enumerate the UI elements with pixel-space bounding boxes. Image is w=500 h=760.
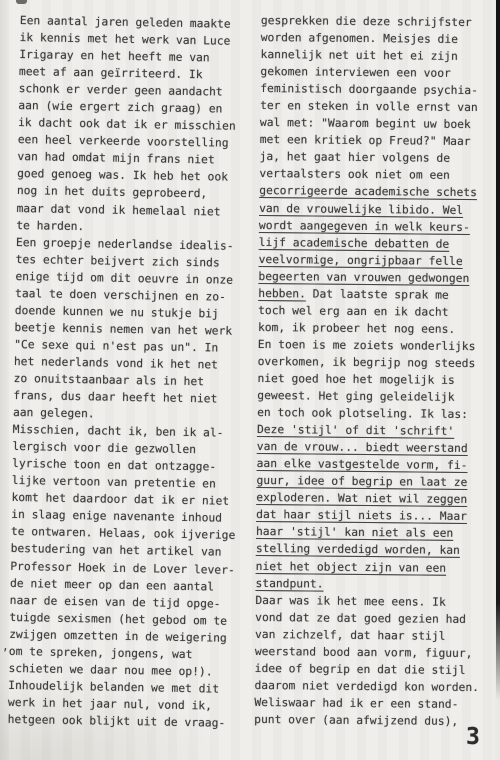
text-line: van zichzelf, dat haar stijl <box>255 626 483 645</box>
text-line: toch wel erg aan en ik dacht <box>258 302 486 321</box>
text-line: punt over (aan afwijzend dus), <box>254 711 482 730</box>
right-text-column: gesprekken die deze schrijfsterworden af… <box>254 12 489 730</box>
text-segment: tes echter beijvert zich sinds <box>16 253 220 270</box>
text-segment: maar dat vond ik hemelaal niet <box>16 201 220 218</box>
text-line: gekomen interviewen een voor <box>260 63 488 82</box>
text-segment: van had omdat mijn frans niet <box>17 150 214 166</box>
text-line: hetgeen ook blijkt uit de vraag- <box>8 711 236 732</box>
text-line: standpunt. <box>255 575 483 594</box>
text-line: niet het object zijn van een <box>256 557 484 576</box>
text-line: guur, idee of begrip en laat ze <box>256 472 484 491</box>
text-segment: taal te doen verschijnen en zo- <box>15 287 226 304</box>
text-segment: vertaalsters ook niet om een <box>259 167 450 182</box>
text-segment: komt het daardoor dat ik er niet <box>11 491 229 508</box>
page-number: 3 <box>466 724 480 750</box>
text-line: ter en steken in volle ernst van <box>260 97 488 116</box>
text-segment: gekomen interviewen een voor <box>260 65 451 80</box>
text-line: haar 'stijl' kan niet als een <box>256 523 484 542</box>
text-line: Weliswaar had ik er een stand- <box>254 694 482 713</box>
text-segment: lijke vertoon van pretentie en <box>12 474 216 491</box>
text-segment: daarom niet verdedigd kon worden. <box>254 679 479 694</box>
text-segment: te harden. <box>16 219 84 233</box>
text-segment: werk in het jaar nul, vond ik, <box>8 696 212 713</box>
text-segment: schieten we daar nou mee op!). <box>8 662 212 679</box>
text-segment: te ontwaren. Helaas, ook ijverige <box>11 525 236 542</box>
text-segment: frans, dus daar heeft het niet <box>13 389 217 406</box>
underlined-text: stelling verdedigd worden, kan <box>256 542 460 557</box>
text-segment: Inhoudelijk belanden we met dit <box>8 679 219 696</box>
text-segment: overkomen, ik begrijp nog steeds <box>258 355 476 370</box>
text-line: geweest. Het ging geleidelijk <box>257 387 485 406</box>
text-segment: Weliswaar had ik er een stand- <box>254 696 458 711</box>
text-segment: de niet meer op dan een aantal <box>10 576 214 593</box>
underlined-text: van de vrouw... biedt weerstand <box>257 440 468 455</box>
text-segment: tuigde sexismen (het gebod om te <box>9 611 227 628</box>
text-segment: weerstand bood aan vorm, figuur, <box>255 645 473 660</box>
text-segment: goed genoeg was. Ik heb het ook <box>17 167 228 184</box>
text-segment: bestudering van het artikel van <box>11 542 222 559</box>
text-line: daarom niet verdedigd kon worden. <box>254 677 482 696</box>
text-line: begeerten van vrouwen gedwongen <box>258 268 486 287</box>
text-line: niet goed hoe het mogelijk is <box>257 370 485 389</box>
text-line: wordt aangegeven in welk keurs- <box>259 217 487 236</box>
text-segment: een heel verkeerde voorstelling <box>18 133 229 150</box>
text-line: feministisch doorgaande psychia- <box>260 80 488 99</box>
text-segment: wal met: "Waarom begint uw boek <box>260 116 471 131</box>
text-line: dat haar stijl niets is... Maar <box>256 506 484 525</box>
text-segment: van zichzelf, dat haar stijl <box>255 628 446 643</box>
text-segment: ja, het gaat hier volgens de <box>260 150 451 165</box>
text-segment: hetgeen ook blijkt uit de vraag- <box>8 713 226 730</box>
underlined-text: gecorrigeerde academische schets <box>259 184 477 199</box>
text-segment: niet goed hoe het mogelijk is <box>257 372 454 387</box>
underlined-text: wordt aangegeven in welk keurs- <box>259 219 470 234</box>
text-line: veelvormige, ongrijpbaar felle <box>259 251 487 270</box>
underlined-text: exploderen. Wat niet wil zeggen <box>256 491 467 506</box>
text-segment: En toen is me zoiets wonderlijks <box>258 338 476 353</box>
text-segment: lergisch voor die gezwollen <box>12 440 196 456</box>
underlined-text: begeerten van vrouwen gedwongen <box>258 270 469 285</box>
text-line: lijf academische debatten de <box>259 234 487 253</box>
text-line: hebben. Dat laatste sprak me <box>258 285 486 304</box>
underlined-text: haar 'stijl' kan niet als een <box>256 525 453 540</box>
text-segment: ik dacht ook dat ik er misschien <box>18 116 236 133</box>
text-line: gesprekken die deze schrijfster <box>261 12 489 31</box>
text-line: en toch ook plotseling. Ik las: <box>257 404 485 423</box>
underlined-text: lijf academische debatten de <box>259 236 450 251</box>
text-segment: zo onuitstaanbaar als in het <box>13 372 204 388</box>
text-segment: Dat laatste sprak me <box>306 287 449 301</box>
text-line: overkomen, ik begrijp nog steeds <box>258 353 486 372</box>
text-segment: beetje kennis nemen van het werk <box>14 321 232 338</box>
text-segment: ter en steken in volle ernst van <box>260 99 478 114</box>
text-segment: toch wel erg aan en ik dacht <box>258 304 449 319</box>
text-line: van de vrouwelijke libido. Wel <box>259 200 487 219</box>
text-segment: met een kritiek op Freud?" Maar <box>260 133 471 148</box>
text-segment: vond dat ze dat goed gezien had <box>255 611 466 626</box>
text-line: met een kritiek op Freud?" Maar <box>260 131 488 150</box>
text-line: ja, het gaat hier volgens de <box>260 148 488 167</box>
text-segment: worden afgenomen. Meisjes die <box>261 31 458 46</box>
underlined-text: dat haar stijl niets is... Maar <box>256 508 467 523</box>
text-segment: Een aantal jaren geleden maakte <box>20 14 231 31</box>
underlined-text: hebben. <box>258 287 306 300</box>
underlined-text: standpunt. <box>255 577 323 591</box>
text-segment: ik kennis met het werk van Luce <box>19 31 230 48</box>
text-segment: nog in het duits geprobeerd, <box>17 184 208 200</box>
left-text-column: Een aantal jaren geleden maakteik kennis… <box>8 12 248 732</box>
underlined-text: van de vrouwelijke libido. Wel <box>259 202 463 217</box>
text-line: exploderen. Wat niet wil zeggen <box>256 489 484 508</box>
text-line: stelling verdedigd worden, kan <box>256 540 484 559</box>
text-segment: en toch ook plotseling. Ik las: <box>257 406 468 421</box>
text-segment: Een groepje nederlandse idealis- <box>16 236 234 253</box>
text-segment: aan gelegen. <box>13 406 95 420</box>
text-segment: meet af aan geïrriteerd. Ik <box>19 65 203 81</box>
text-line: En toen is me zoiets wonderlijks <box>258 336 486 355</box>
text-line: weerstand bood aan vorm, figuur, <box>255 643 483 662</box>
text-segment: kom, ik probeer het nog eens. <box>258 321 455 336</box>
text-line: aan elke vastgestelde vorm, fi- <box>257 455 485 474</box>
scan-artifact-comma: , <box>2 640 9 653</box>
text-segment: zwijgen omzetten in de weigering <box>9 628 227 645</box>
text-segment: lyrische toon en dat ontzagge- <box>12 457 216 474</box>
text-line: Deze 'stijl' of dit 'schrift' <box>257 421 485 440</box>
text-line: vertaalsters ook niet om een <box>259 165 487 184</box>
scanned-document-page: Een aantal jaren geleden maakteik kennis… <box>0 0 500 760</box>
text-line: idee of begrip en dat die stijl <box>255 660 483 679</box>
text-segment: kannelijk net uit het ei zijn <box>261 48 458 63</box>
text-segment: het nederlands vond ik het net <box>14 355 218 372</box>
text-line: van de vrouw... biedt weerstand <box>257 438 485 457</box>
text-segment: geweest. Het ging geleidelijk <box>257 389 454 404</box>
underlined-text: guur, idee of begrip en laat ze <box>256 474 467 489</box>
text-segment: om te spreken, jongens, wat <box>9 645 193 661</box>
text-segment: gesprekken die deze schrijfster <box>261 14 472 29</box>
text-line: kom, ik probeer het nog eens. <box>258 319 486 338</box>
text-segment: doende kunnen we nu stukje bij <box>15 304 219 321</box>
text-line: wal met: "Waarom begint uw boek <box>260 114 488 133</box>
text-segment: naar de eisen van de tijd opge- <box>10 594 221 611</box>
text-segment: Daar was ik het mee eens. Ik <box>255 594 446 609</box>
underlined-text: veelvormige, ongrijpbaar felle <box>259 253 463 268</box>
scan-artifact-speck <box>16 0 27 4</box>
underlined-text: aan elke vastgestelde vorm, fi- <box>257 457 468 472</box>
text-line: worden afgenomen. Meisjes die <box>261 29 489 48</box>
underlined-text: niet het object zijn van een <box>256 559 447 574</box>
text-segment: feministisch doorgaande psychia- <box>260 82 478 97</box>
text-segment: schonk er verder geen aandacht <box>19 82 223 99</box>
scan-edge-bar <box>496 0 500 700</box>
text-line: kannelijk net uit het ei zijn <box>261 46 489 65</box>
text-line: vond dat ze dat goed gezien had <box>255 609 483 628</box>
text-segment: punt over (aan afwijzend dus), <box>254 713 458 728</box>
text-segment: idee of begrip en dat die stijl <box>255 662 466 677</box>
text-segment: aan (wie ergert zich graag) en <box>18 99 222 116</box>
text-segment: in slaag enige navenante inhoud <box>11 508 222 525</box>
text-line: gecorrigeerde academische schets <box>259 182 487 201</box>
text-segment: Misschien, dacht ik, ben ik al- <box>13 423 224 440</box>
text-segment: Irigaray en het heeft me van <box>19 48 210 64</box>
underlined-text: Deze 'stijl' of dit 'schrift' <box>257 423 454 438</box>
text-line: Daar was ik het mee eens. Ik <box>255 592 483 611</box>
text-segment: enige tijd om dit oeuvre in onze <box>15 270 233 287</box>
text-segment: "Ce sexe qui n'est pas un". In <box>14 338 218 355</box>
text-segment: Professor Hoek in de Lover lever- <box>10 559 235 576</box>
